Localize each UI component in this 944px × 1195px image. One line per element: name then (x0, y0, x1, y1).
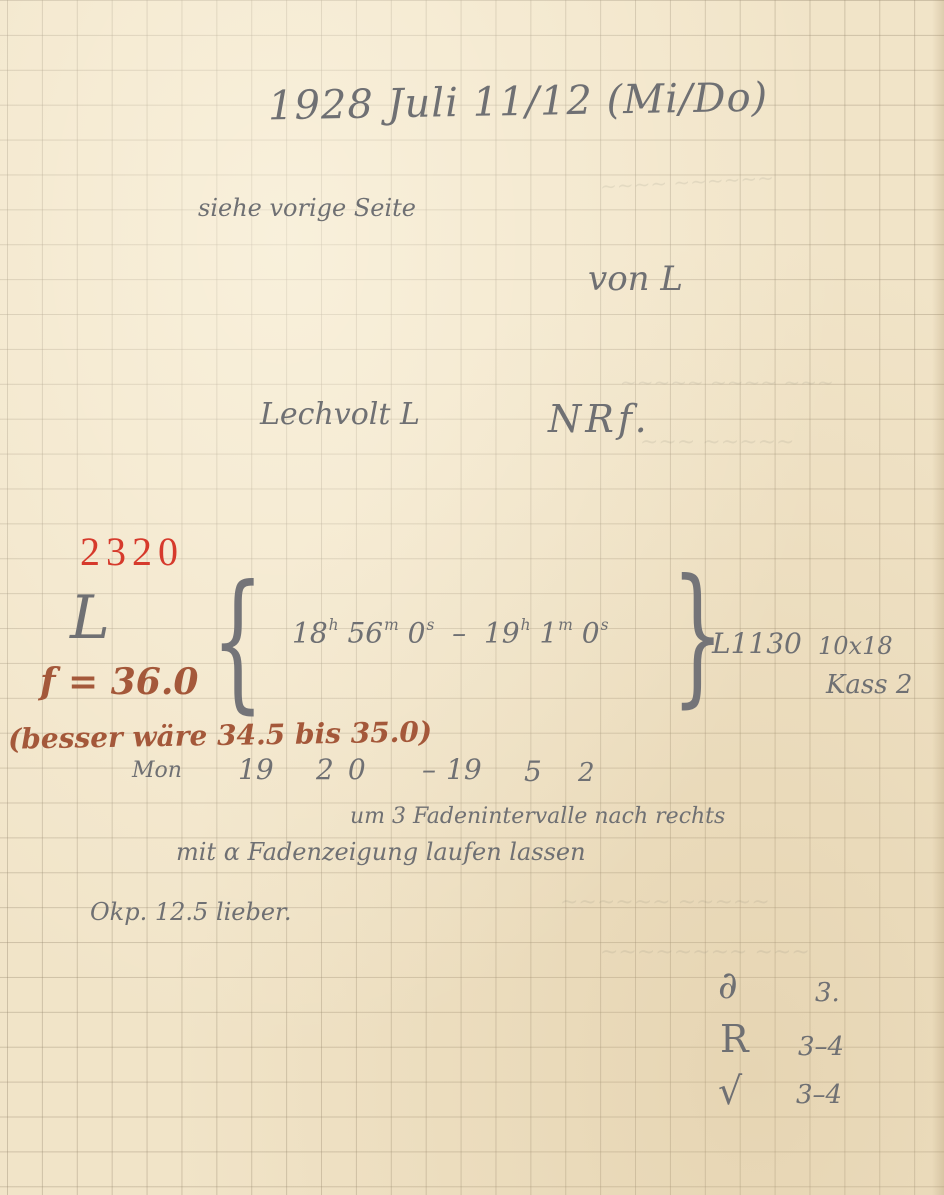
moon-time-1: 19 (238, 756, 274, 784)
date-heading: 1928 Juli 11/12 (Mi/Do) (268, 78, 769, 127)
instrument-id: L1130 (712, 630, 802, 658)
focus-value: f = 36.0 (40, 664, 198, 700)
start-second: 0 (408, 616, 426, 649)
plate-number: 2320 (80, 532, 184, 572)
moon-label: Mon (132, 760, 182, 782)
object-line-left: Lechvolt L (260, 400, 420, 430)
moon-time-5: 2 (578, 760, 595, 786)
left-brace: { (211, 566, 263, 716)
remark-line-1: um 3 Fadenintervalle nach rechts (350, 806, 725, 828)
condition-value-r: 3–4 (798, 1034, 844, 1060)
start-minute: 56 (347, 616, 383, 649)
end-hour: 19 (484, 616, 520, 649)
show-through-text: ~~~~~ ~~~~ ~~~ (620, 370, 834, 394)
moon-time-2: 20 (316, 756, 380, 784)
show-through-text: ~~~~~~ ~~~~~ (560, 890, 770, 915)
moon-time-3: 19 (446, 756, 482, 784)
condition-value-seeing: 3. (815, 980, 840, 1006)
show-through-text: ~~~~~~~~ ~~~ (600, 940, 810, 965)
end-second: 0 (582, 616, 600, 649)
eyepiece-note: Okp. 12.5 lieber. (90, 900, 292, 924)
start-hour: 18 (292, 616, 328, 649)
notebook-page: ~~~~ ~~~~~~ ~~~~~ ~~~~ ~~~ ~~~ ~~~~~ ~~~… (0, 0, 944, 1195)
plate-size: 10x18 (818, 634, 893, 658)
end-minute: 1 (539, 616, 557, 649)
moon-time-4: 5 (524, 758, 542, 786)
condition-symbol-check: √ (718, 1072, 742, 1110)
object-line-right: NRf. (548, 400, 651, 438)
object-symbol: L (70, 588, 110, 648)
condition-symbol-seeing: ∂ (718, 966, 738, 1004)
range-separator: – (452, 616, 466, 649)
remark-line-2: mit α Fadenzeigung laufen lassen (176, 840, 586, 864)
show-through-text: ~~~~ ~~~~~~ (599, 165, 774, 198)
from-l-note: von L (588, 262, 683, 296)
cassette: Kass 2 (826, 672, 912, 698)
see-previous-note: siehe vorige Seite (198, 196, 416, 220)
show-through-text: ~~~ ~~~~~ (640, 430, 794, 455)
condition-value-check: 3–4 (796, 1082, 842, 1108)
page-edge-shadow (932, 0, 944, 1195)
moon-time-sep: – (422, 756, 436, 784)
exposure-time-range: 18h 56m 0s – 19h 1m 0s (292, 618, 609, 647)
condition-symbol-r: R (720, 1020, 749, 1058)
